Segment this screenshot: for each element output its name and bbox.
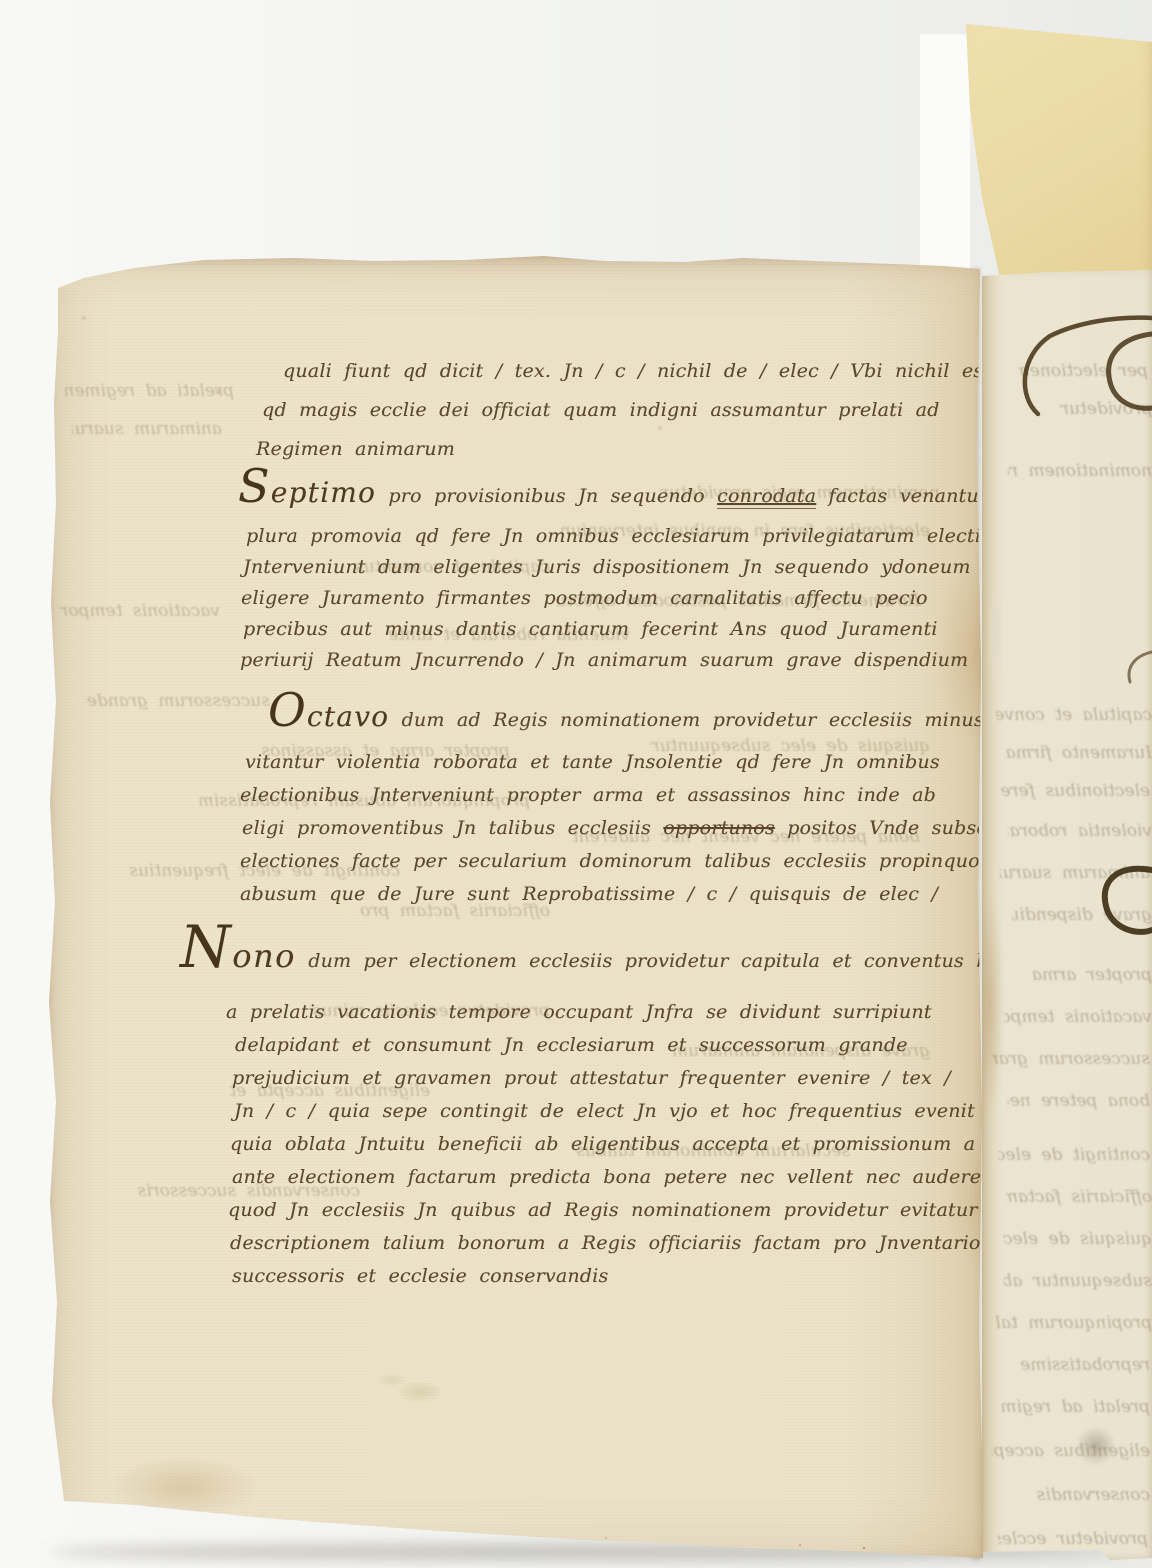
ink-smudge: [1074, 1424, 1118, 1468]
bleedthrough-line: eligentibus accepta: [992, 1440, 1150, 1462]
manuscript-line: quod Jn ecclesiis Jn quibus ad Regis nom…: [228, 1197, 1023, 1223]
bleedthrough-line: per electionem: [1018, 360, 1148, 382]
gutter-stain: [978, 824, 1012, 1184]
bleedthrough-line: prelati ad regimen: [1000, 1396, 1150, 1418]
line-segment: dum ad Regis nominationem providetur ecc…: [389, 709, 1015, 731]
paragraph-initial-octavo: Octavo: [268, 704, 389, 730]
manuscript-line: Jn / c / quia sepe contingit de elect Jn…: [234, 1098, 975, 1124]
line-segment: pro provisionibus Jn sequendo: [376, 485, 717, 507]
manuscript-line: vitantur violentia roborata et tante Jns…: [245, 749, 940, 775]
bleedthrough-line: capitula et conventus: [996, 704, 1152, 726]
bleedthrough-line: propinquorum talibus: [996, 1312, 1152, 1334]
bleedthrough-line: subsequuntur abusum: [1004, 1270, 1152, 1292]
next-folio-page: per electionemprovideturnominationem reg…: [978, 264, 1152, 1566]
manuscript-line: Octavo dum ad Regis nominationem provide…: [268, 704, 1015, 733]
manuscript-line: ante electionem factarum predicta bona p…: [232, 1164, 1001, 1190]
yellow-interleaf-sheet: [960, 18, 1152, 308]
paper-tear-mark: [984, 564, 1010, 714]
paragraph-initial-nono: Nono: [180, 942, 296, 969]
manuscript-line: precibus aut minus dantis cantiarum fece…: [243, 616, 938, 642]
underlined-word: conrodata: [717, 485, 816, 509]
bleedthrough-line: vacationis tempore: [1004, 1006, 1152, 1028]
struck-word: opportunos: [663, 817, 775, 839]
backdrop-white-strip: [920, 34, 970, 280]
manuscript-line: eligere Juramento firmantes postmodum ca…: [241, 585, 928, 611]
bleedthrough-line: Iuramento firmantes: [1004, 742, 1152, 764]
manuscript-line: abusum que de Jure sunt Reprobatissime /…: [240, 881, 938, 907]
bleedthrough-line: successorum grande: [992, 1048, 1150, 1070]
bleedthrough-line: animarum suarum: [1000, 862, 1150, 884]
bleedthrough-line: propter arma: [996, 964, 1152, 986]
bleedthrough-line: violentia roborata: [1008, 820, 1152, 842]
paragraph-initial-septimo: Septimo: [238, 480, 376, 506]
bleedthrough-line: grave dispendium: [1012, 904, 1152, 926]
manuscript-line: eligi promoventibus Jn talibus ecclesiis…: [242, 815, 1067, 841]
manuscript-line: Nono dum per electionem ecclesiis provid…: [180, 942, 1111, 974]
bleedthrough-line: conservandis: [1004, 1484, 1150, 1506]
manuscript-line: quali fiunt qd dicit / tex. Jn / c / nic…: [283, 358, 991, 384]
manuscript-line: plura promovia qd fere Jn omnibus eccles…: [246, 523, 1046, 549]
manuscript-line: periurij Reatum Jncurrendo / Jn animarum…: [240, 647, 968, 673]
manuscript-line: a prelatis vacationis tempore occupant J…: [226, 999, 932, 1025]
manuscript-line: Regimen animarum: [256, 436, 455, 462]
manuscript-photo: per electionemprovideturnominationem reg…: [0, 0, 1152, 1568]
manuscript-line: Jnterveniunt dum eligentes Juris disposi…: [243, 554, 971, 580]
bleedthrough-line: electionibus fere omnibus: [990, 780, 1150, 802]
leaf-edge-shading: [44, 252, 988, 1564]
bleedthrough-line: quisquis de elec: [994, 1228, 1152, 1250]
bleedthrough-line: contingit de elect: [998, 1144, 1150, 1166]
manuscript-line: delapidant et consumunt Jn ecclesiarum e…: [235, 1032, 908, 1058]
bleedthrough-line: bona petere nec: [1008, 1090, 1150, 1112]
manuscript-line: prejudicium et gravamen prout attestatur…: [232, 1065, 951, 1091]
bleedthrough-line: reprobatissime: [1008, 1354, 1150, 1376]
manuscript-line: successoris et ecclesie conservandis: [232, 1263, 608, 1289]
manuscript-line: quia oblata Jntuitu beneficii ab eligent…: [230, 1131, 1009, 1157]
manuscript-line: Septimo pro provisionibus Jn sequendo co…: [238, 480, 1055, 509]
bleedthrough-line: providetur ecclesiis: [998, 1528, 1148, 1550]
bleedthrough-line: nominationem regis: [1008, 460, 1152, 482]
manuscript-line: electionibus Jnterveniunt propter arma e…: [240, 782, 936, 808]
manuscript-leaf: prelati ad regimenanimarum suarumnominat…: [44, 252, 988, 1564]
line-segment: eligi promoventibus Jn talibus ecclesiis: [242, 817, 663, 839]
bleedthrough-line: officiariis factam: [1006, 1186, 1152, 1208]
manuscript-line: electiones facte per secularium dominoru…: [240, 848, 1020, 874]
manuscript-line: descriptionem talium bonorum a Regis off…: [230, 1230, 980, 1256]
manuscript-line: qd magis ecclie dei officiat quam indign…: [262, 397, 939, 423]
bleedthrough-line: providetur: [1036, 398, 1152, 420]
